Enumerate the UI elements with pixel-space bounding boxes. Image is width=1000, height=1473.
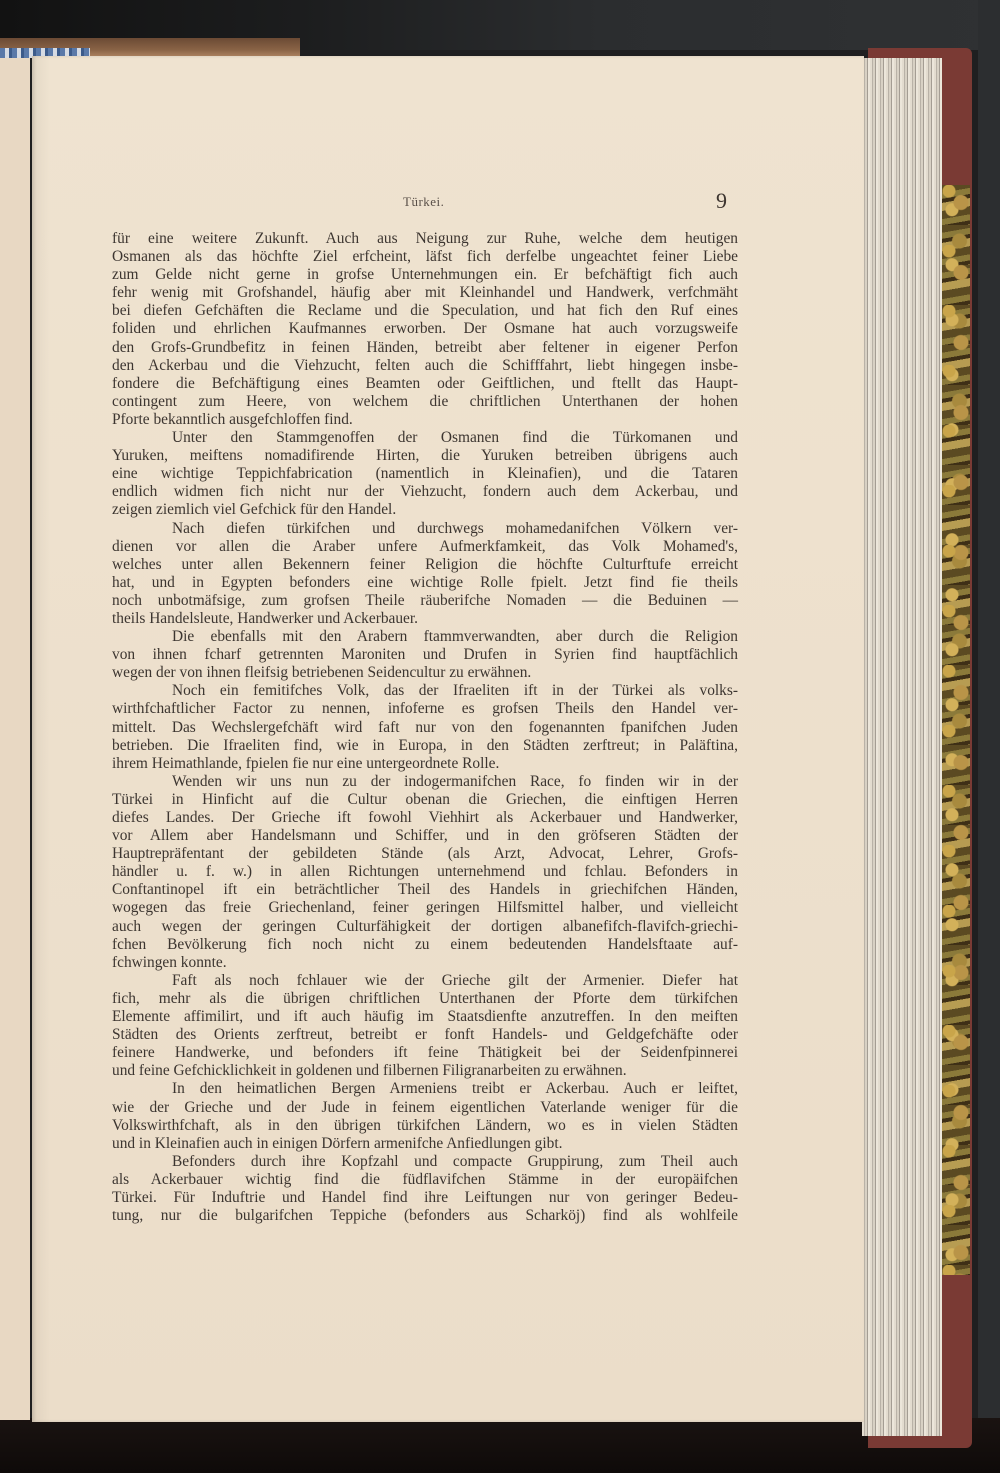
text-line: contingent zum Heere, von welchem die ch… bbox=[112, 393, 738, 411]
text-line: als Ackerbauer wichtig find die füdflavi… bbox=[112, 1171, 738, 1189]
text-line: Volkswirthfchaft, als in den übrigen tür… bbox=[112, 1117, 738, 1135]
left-page-edge bbox=[0, 58, 30, 1420]
text-line: dienen vor allen die Araber unfere Aufme… bbox=[112, 538, 738, 556]
text-line: Noch ein femitifches Volk, das der Ifrae… bbox=[112, 682, 738, 700]
text-line: und feine Gefchicklichkeit in goldenen u… bbox=[112, 1062, 738, 1080]
text-line: betrieben. Die Ifraeliten find, wie in E… bbox=[112, 737, 738, 755]
text-line: In den heimatlichen Bergen Armeniens tre… bbox=[112, 1080, 738, 1098]
text-line: Nach diefen türkifchen und durchwegs moh… bbox=[112, 520, 738, 538]
text-line: von ihnen fcharf getrennten Maroniten un… bbox=[112, 646, 738, 664]
text-line: wirthfchaftlicher Factor zu nennen, info… bbox=[112, 700, 738, 718]
text-line: Türkei. Für Induftrie und Handel find ih… bbox=[112, 1189, 738, 1207]
text-line: endlich widmen fich nicht nur der Viehzu… bbox=[112, 483, 738, 501]
text-line: fchen Bevölkerung fich noch nicht zu ein… bbox=[112, 936, 738, 954]
text-line: den Ackerbau und die Viehzucht, felten a… bbox=[112, 357, 738, 375]
text-line: Conftantinopel ift ein beträchtlicher Th… bbox=[112, 881, 738, 899]
text-line: und in Kleinafien auch in einigen Dörfer… bbox=[112, 1135, 738, 1153]
text-line: welches unter allen Bekennern feiner Rel… bbox=[112, 556, 738, 574]
text-line: Hauptrepräfentant der gebildeten Stände … bbox=[112, 845, 738, 863]
text-line: eine wichtige Teppichfabrication (nament… bbox=[112, 465, 738, 483]
text-line: foliden und ehrlichen Kaufmannes erworbe… bbox=[112, 320, 738, 338]
text-line: hat, und in Egypten befonders eine wicht… bbox=[112, 574, 738, 592]
text-line: theils Handelsleute, Handwerker und Acke… bbox=[112, 610, 738, 628]
text-line: tung, nur die bulgarifchen Teppiche (bef… bbox=[112, 1207, 738, 1225]
text-line: zum Gelde nicht gerne in grofse Unterneh… bbox=[112, 266, 738, 284]
text-line: auch wegen der geringen Culturfähigkeit … bbox=[112, 918, 738, 936]
text-line: ihrem Heimathlande, fpielen fie nur eine… bbox=[112, 755, 738, 773]
text-line: Die ebenfalls mit den Arabern ftammverwa… bbox=[112, 628, 738, 646]
page-number: 9 bbox=[716, 188, 727, 214]
text-line: Unter den Stammgenoffen der Osmanen find… bbox=[112, 429, 738, 447]
text-line: den Grofs-Grundbefitz in feinen Händen, … bbox=[112, 339, 738, 357]
text-line: noch unbotmäfsige, zum grofsen Theile rä… bbox=[112, 592, 738, 610]
text-line: feinere Handwerke, und befonders ift fei… bbox=[112, 1044, 738, 1062]
text-line: Faft als noch fchlauer wie der Grieche g… bbox=[112, 972, 738, 990]
book-cover-marbled-paper bbox=[940, 185, 970, 1275]
body-text: für eine weitere Zukunft. Auch aus Neigu… bbox=[112, 230, 738, 1225]
text-line: wie der Grieche und der Jude in feinem e… bbox=[112, 1099, 738, 1117]
text-line: für eine weitere Zukunft. Auch aus Neigu… bbox=[112, 230, 738, 248]
text-line: fehr wenig mit Grofshandel, häufig aber … bbox=[112, 284, 738, 302]
page-edges bbox=[862, 58, 942, 1436]
text-line: bei diefen Gefchäften die Reclame und di… bbox=[112, 302, 738, 320]
background-bottom bbox=[0, 1418, 1000, 1473]
text-line: zeigen ziemlich viel Gefchick für den Ha… bbox=[112, 501, 738, 519]
text-line: mittelt. Das Wechslergefchäft wird faft … bbox=[112, 719, 738, 737]
text-line: fich, mehr als die übrigen chriftlichen … bbox=[112, 990, 738, 1008]
text-line: fondere die Befchäftigung eines Beamten … bbox=[112, 375, 738, 393]
text-line: Wenden wir uns nun zu der indogermanifch… bbox=[112, 773, 738, 791]
text-line: Osmanen als das höchfte Ziel erfcheint, … bbox=[112, 248, 738, 266]
text-line: diefes Landes. Der Grieche ift fowohl Vi… bbox=[112, 809, 738, 827]
text-line: Türkei in Hinficht auf die Cultur obenan… bbox=[112, 791, 738, 809]
text-line: Pforte bekanntlich ausgefchloffen find. bbox=[112, 411, 738, 429]
background-right bbox=[978, 0, 1000, 1473]
text-line: wogegen das freie Griechenland, feiner g… bbox=[112, 899, 738, 917]
text-line: Befonders durch ihre Kopfzahl und compac… bbox=[112, 1153, 738, 1171]
text-line: fchwingen konnte. bbox=[112, 954, 738, 972]
text-line: händler u. f. w.) in allen Richtungen un… bbox=[112, 863, 738, 881]
text-line: wegen der von ihnen fleifsig betriebenen… bbox=[112, 664, 738, 682]
running-head: Türkei. bbox=[403, 194, 444, 210]
text-line: Städten des Orients zerftreut, betreibt … bbox=[112, 1026, 738, 1044]
text-line: Elemente affimilirt, und ift auch häufig… bbox=[112, 1008, 738, 1026]
text-line: vor Allem aber Handelsmann und Schiffer,… bbox=[112, 827, 738, 845]
text-line: Yuruken, meiftens nomadifirende Hirten, … bbox=[112, 447, 738, 465]
